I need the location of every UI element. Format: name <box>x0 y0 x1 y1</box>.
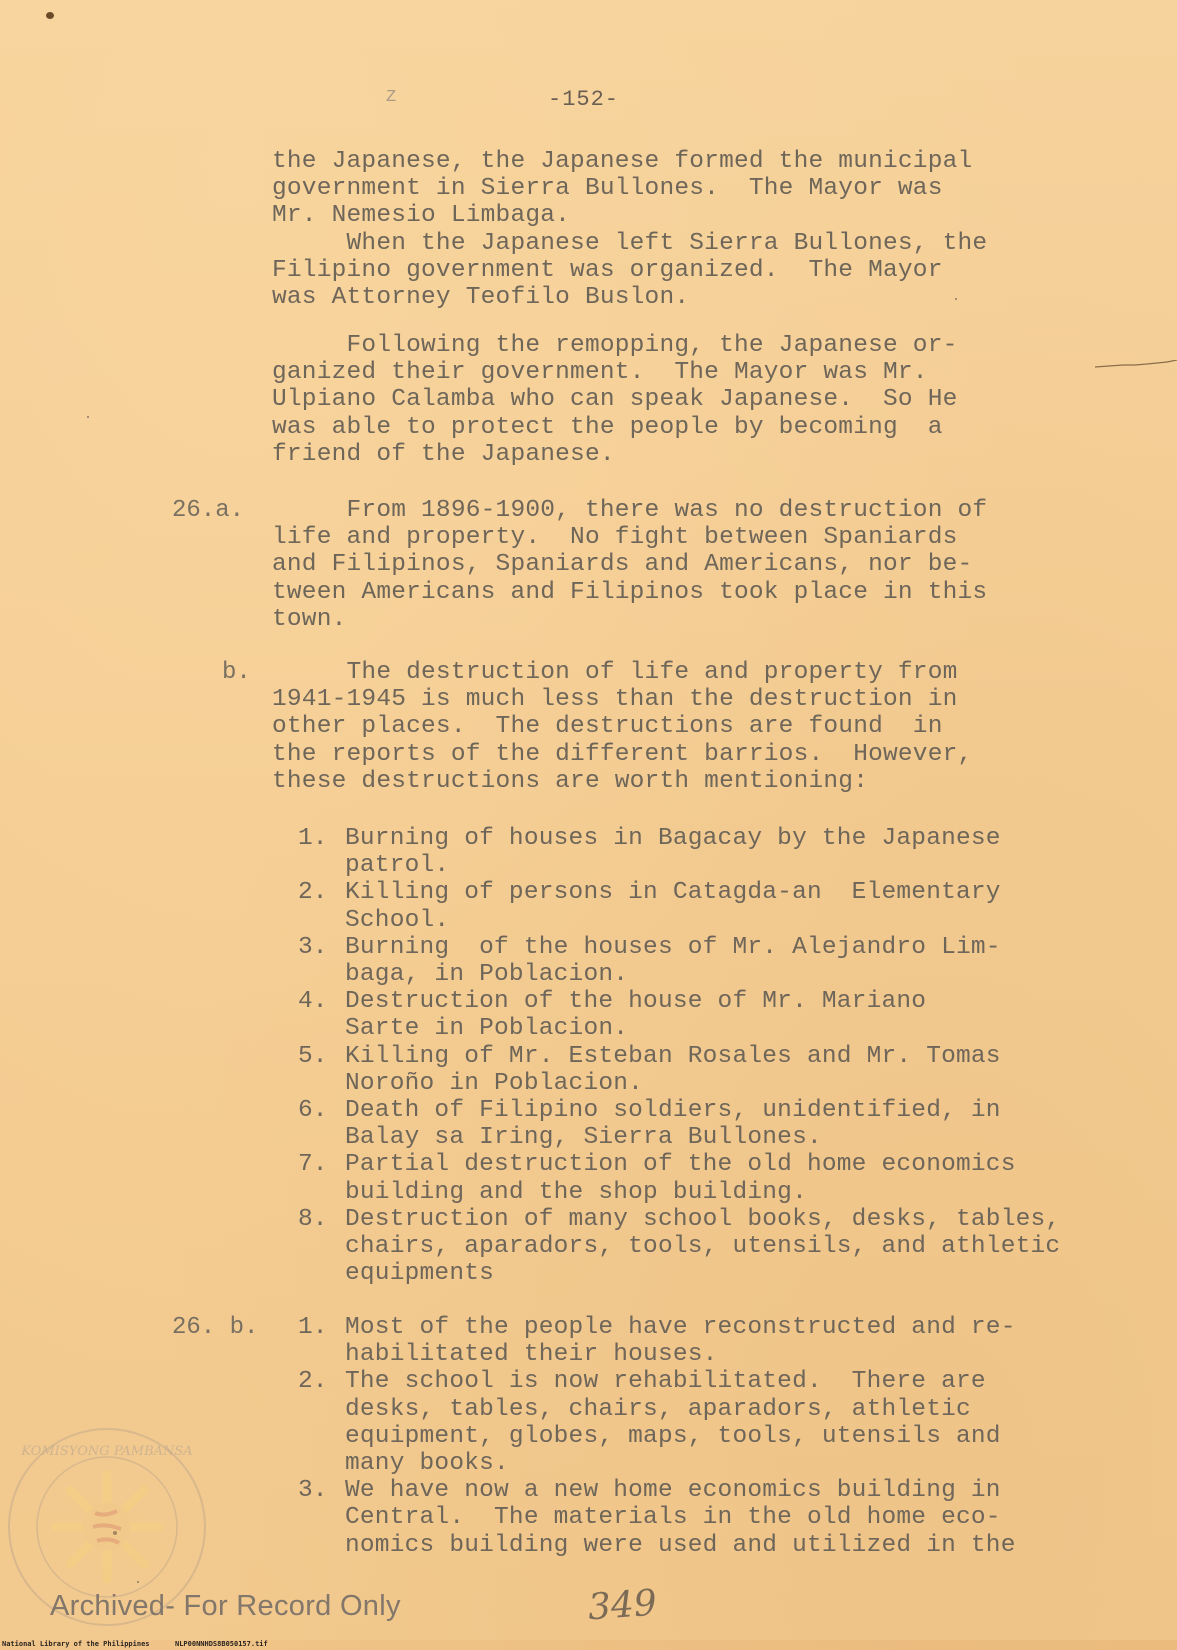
list-item: Destruction of the house of Mr. Mariano … <box>345 988 926 1042</box>
intro-paragraph: the Japanese, the Japanese formed the mu… <box>272 148 972 230</box>
list-item: The school is now rehabilitated. There a… <box>345 1368 1001 1477</box>
list-item: Killing of persons in Catagda-an Element… <box>345 879 1001 933</box>
list-item: Partial destruction of the old home econ… <box>345 1151 1016 1205</box>
list-item-number: 1. <box>298 825 327 852</box>
section-b-label: b. <box>222 659 251 686</box>
list-item: Most of the people have reconstructed an… <box>345 1314 1016 1368</box>
section-26a-label: 26.a. <box>172 497 244 524</box>
list-item-number: 4. <box>298 988 327 1015</box>
list-item-number: 7. <box>298 1151 327 1178</box>
footer-file-name: NLP00NNHDS8B050157.tif <box>175 1640 268 1648</box>
list-item-number: 1. <box>298 1314 327 1341</box>
third-paragraph: Following the remopping, the Japanese or… <box>272 332 958 468</box>
archived-watermark: Archived- For Record Only <box>50 1590 401 1623</box>
section-b-text: The destruction of life and property fro… <box>272 659 972 795</box>
speck <box>87 416 89 418</box>
margin-mark: Z <box>386 88 396 107</box>
list-item-number: 6. <box>298 1097 327 1124</box>
list-item: Killing of Mr. Esteban Rosales and Mr. T… <box>345 1043 1001 1097</box>
list-item-number: 8. <box>298 1206 327 1233</box>
footer-credit: National Library of the Philippines <box>2 1640 150 1648</box>
list-item-number: 3. <box>298 934 327 961</box>
list-item: Death of Filipino soldiers, unidentified… <box>345 1097 1001 1151</box>
second-paragraph: When the Japanese left Sierra Bullones, … <box>272 230 987 312</box>
paper-crease-mark <box>1095 360 1177 368</box>
handwritten-page-number: 349 <box>587 1583 658 1629</box>
section-26b-label: 26. b. <box>172 1314 258 1341</box>
ink-spot <box>46 12 54 19</box>
page-number: -152- <box>548 87 619 112</box>
list-item: Destruction of many school books, desks,… <box>345 1206 1060 1288</box>
list-item-number: 5. <box>298 1043 327 1070</box>
speck <box>137 1581 139 1583</box>
list-item: We have now a new home economics buildin… <box>345 1477 1016 1559</box>
speck <box>955 298 957 300</box>
list-item-number: 2. <box>298 879 327 906</box>
svg-text:KOMISYONG PAMBANSA: KOMISYONG PAMBANSA <box>20 1444 192 1459</box>
list-item-number: 2. <box>298 1368 327 1395</box>
list-item: Burning of the houses of Mr. Alejandro L… <box>345 934 1001 988</box>
list-item-number: 3. <box>298 1477 327 1504</box>
list-item: Burning of houses in Bagacay by the Japa… <box>345 825 1001 879</box>
section-26a-text: From 1896-1900, there was no destruction… <box>272 497 987 633</box>
